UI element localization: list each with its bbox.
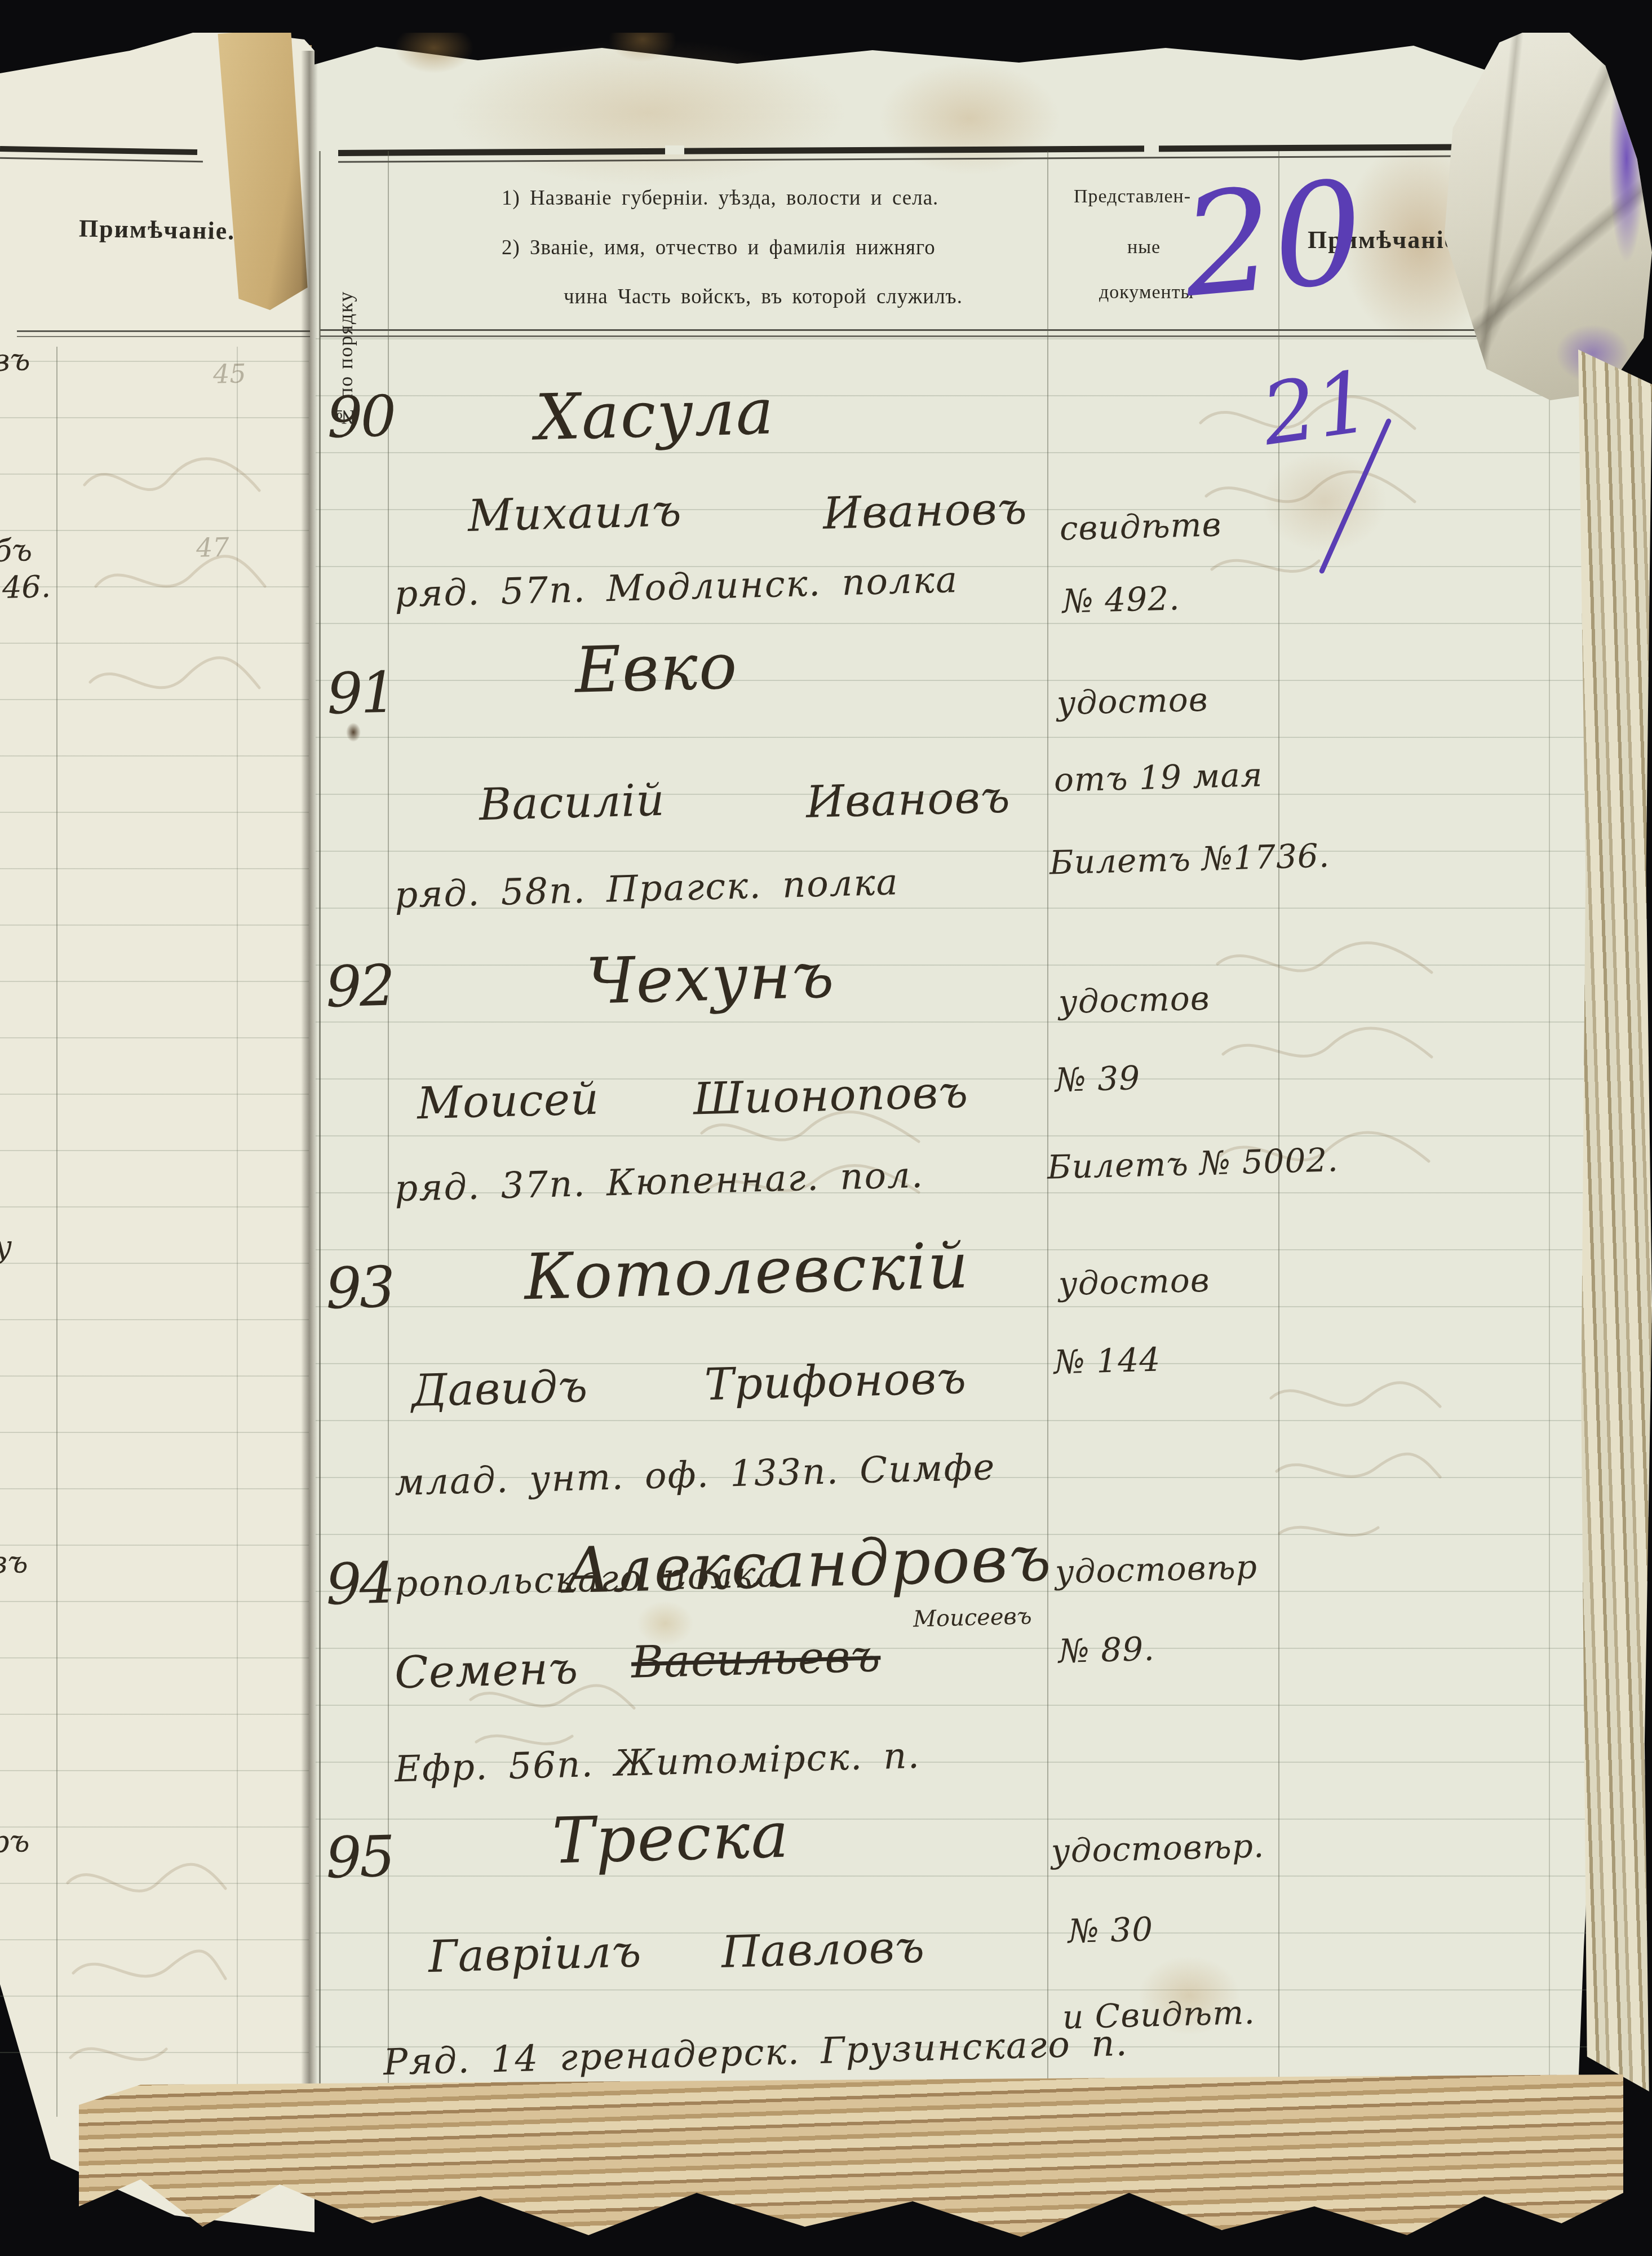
entry-docs-line: отъ 19 мая — [1053, 758, 1263, 797]
header-rule-gap — [1144, 145, 1159, 154]
left-fragment: у — [0, 1232, 12, 1263]
left-fragment: бъ — [0, 535, 33, 567]
folio-number-purple: 20 — [1178, 162, 1369, 318]
entry-mark-purple: 21 — [1257, 359, 1375, 458]
bleed-through-squiggle — [73, 440, 276, 755]
header-line2: 2) Званіе, имя, отчество и фамилія нижня… — [502, 236, 936, 260]
entry-number: 93 — [325, 1259, 394, 1317]
docs-column-line — [1047, 151, 1048, 2124]
left-header-bottom-rule1 — [17, 330, 310, 332]
entry-given-name: Семенъ — [394, 1647, 579, 1696]
entry-patronymic: Трифоновъ — [704, 1356, 967, 1407]
entry-surname: Треска — [552, 1804, 791, 1873]
top-black-band — [0, 0, 1652, 33]
entry-given-name: Михаилъ — [467, 489, 682, 538]
entry-docs-line: Билетъ № 5002. — [1047, 1143, 1339, 1184]
entry-docs-line: свидѣтв — [1059, 508, 1222, 545]
entry-surname: Котолевскій — [524, 1235, 971, 1310]
entry-surname: Чехунъ — [586, 944, 836, 1014]
entry-surname: Хасула — [535, 380, 776, 449]
entry-patronymic: Павловъ — [721, 1925, 925, 1974]
header-bottom-rule2 — [320, 335, 1600, 337]
page-gutter-shadow — [301, 51, 318, 2136]
entry-patronymic: Шионоповъ — [693, 1071, 969, 1122]
header-rule-gap — [665, 145, 684, 154]
entry-given-name: Гавріилъ — [428, 1930, 642, 1979]
entry-docs-line: № 89. — [1058, 1633, 1155, 1667]
entry-docs-line: № 144 — [1053, 1343, 1161, 1379]
entry-docs-line: удостовѣр. — [1051, 1829, 1265, 1868]
entry-surname: Евко — [574, 635, 739, 702]
entry-number: 92 — [325, 957, 394, 1015]
entry-docs-line: удостов — [1056, 683, 1208, 719]
entry-given-name: Давидъ — [411, 1365, 588, 1413]
table-outer-left-line — [319, 151, 321, 2124]
entry-patronymic-correction: Моисеевъ — [913, 1605, 1032, 1630]
entry-docs-line: удостов — [1058, 981, 1210, 1018]
entry-docs-line: удостовѣр — [1055, 1550, 1257, 1588]
entry-docs-line: Билетъ №1736. — [1049, 839, 1330, 879]
entry-patronymic: Ивановъ — [805, 775, 1011, 824]
archival-register-scan: Примѣчаніе. въ бъ 46. у зъ ръ 45 47 — [0, 0, 1652, 2256]
entry-number: 95 — [325, 1828, 394, 1886]
entry-docs-line: № 492. — [1062, 582, 1180, 617]
header-docs-line2: ные — [1127, 237, 1161, 258]
header-docs-line1: Представлен- — [1074, 186, 1191, 207]
left-page-header-note: Примѣчаніе. — [79, 214, 236, 246]
entry-patronymic: Ивановъ — [822, 486, 1028, 536]
entry-patronymic-struck: Васильевъ — [631, 1634, 881, 1685]
left-ghost-number: 45 — [212, 360, 246, 387]
entry-given-name: Василій — [479, 778, 666, 828]
entry-docs-line: № 39 — [1055, 1061, 1141, 1096]
left-fragment: ръ — [0, 1826, 30, 1857]
left-fragment: зъ — [0, 1547, 28, 1578]
header-bottom-rule1 — [320, 329, 1600, 331]
header-docs-line3: документы — [1099, 282, 1194, 303]
left-fragment: въ — [0, 344, 30, 376]
bleed-through-squiggle — [1263, 1364, 1449, 1550]
entry-surname: Александровъ — [563, 1527, 1053, 1603]
header-line1: 1) Названіе губерніи. уѣзда, волости и с… — [502, 186, 938, 210]
entry-number: 91 — [326, 664, 395, 722]
bleed-through-squiggle — [56, 1849, 237, 2086]
entry-number: 90 — [326, 388, 395, 446]
right-page-edges — [1578, 350, 1652, 2091]
entry-given-name: Моисей — [417, 1077, 600, 1126]
left-header-bottom-rule2 — [17, 336, 310, 337]
entry-number: 94 — [325, 1555, 394, 1613]
entry-docs-line: и Свидѣт. — [1062, 1996, 1255, 2034]
left-fragment: 46. — [2, 572, 51, 603]
page-right-line — [1549, 338, 1550, 2097]
entry-docs-line: удостов — [1058, 1263, 1210, 1300]
entry-docs-line: № 30 — [1068, 1913, 1154, 1948]
header-line3: чина Часть войскъ, въ которой служилъ. — [564, 285, 963, 309]
